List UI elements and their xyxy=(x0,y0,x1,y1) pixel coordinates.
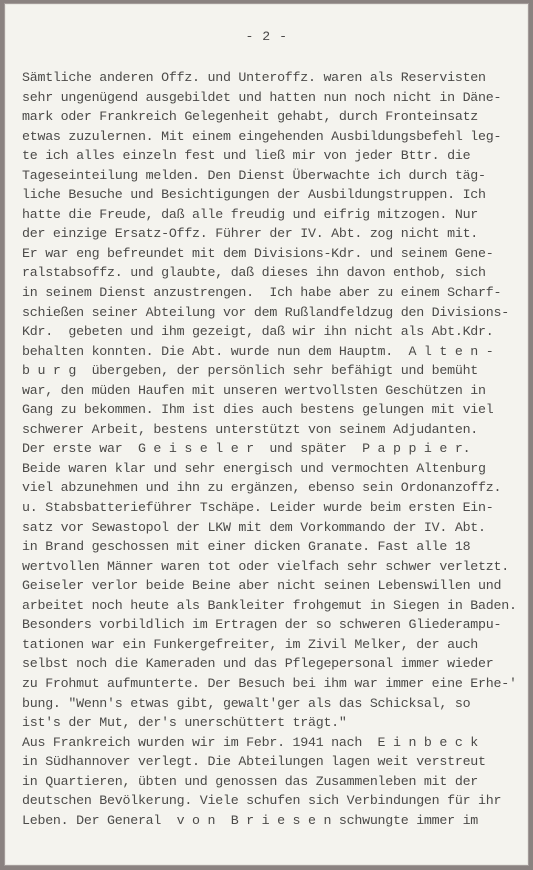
text-line: Besonders vorbildlich im Ertragen der so… xyxy=(22,615,527,635)
text-line: schwerer Arbeit, bestens unterstützt von… xyxy=(22,420,527,440)
text-line: te ich alles einzeln fest und ließ mir v… xyxy=(22,146,527,166)
text-line: Er war eng befreundet mit dem Divisions-… xyxy=(22,244,527,264)
text-line: sehr ungenügend ausgebildet und hatten n… xyxy=(22,88,527,108)
text-line: der einzige Ersatz-Offz. Führer der IV. … xyxy=(22,224,527,244)
text-line: ist's der Mut, der's unerschüttert trägt… xyxy=(22,713,527,733)
text-line: Gang zu bekommen. Ihm ist dies auch best… xyxy=(22,400,527,420)
text-line: in Südhannover verlegt. Die Abteilungen … xyxy=(22,752,527,772)
text-line: in seinem Dienst anzustrengen. Ich habe … xyxy=(22,283,527,303)
text-line: viel abzunehmen und ihn zu ergänzen, ebe… xyxy=(22,478,527,498)
text-line: Der erste war G e i s e l e r und später… xyxy=(22,439,527,459)
text-line: Beide waren klar und sehr energisch und … xyxy=(22,459,527,479)
text-line: in Quartieren, übten und genossen das Zu… xyxy=(22,772,527,792)
text-line: ralstabsoffz. und glaubte, daß dieses ih… xyxy=(22,263,527,283)
text-line: war, den müden Haufen mit unseren wertvo… xyxy=(22,381,527,401)
document-page: - 2 - Sämtliche anderen Offz. und Untero… xyxy=(4,3,529,866)
text-line: Kdr. gebeten und ihm gezeigt, daß wir ih… xyxy=(22,322,527,342)
text-line: behalten konnten. Die Abt. wurde nun dem… xyxy=(22,342,527,362)
text-line: selbst noch die Kameraden und das Pflege… xyxy=(22,654,527,674)
text-line: arbeitet noch heute als Bankleiter frohg… xyxy=(22,596,527,616)
text-line: zu Frohmut aufmunterte. Der Besuch bei i… xyxy=(22,674,527,694)
text-line: etwas zuzulernen. Mit einem eingehenden … xyxy=(22,127,527,147)
text-line: wertvollen Männer waren tot oder vielfac… xyxy=(22,557,527,577)
text-line: deutschen Bevölkerung. Viele schufen sic… xyxy=(22,791,527,811)
text-line: Geiseler verlor beide Beine aber nicht s… xyxy=(22,576,527,596)
text-line: in Brand geschossen mit einer dicken Gra… xyxy=(22,537,527,557)
text-line: tationen war ein Funkergefreiter, im Ziv… xyxy=(22,635,527,655)
text-line: Leben. Der General v o n B r i e s e n s… xyxy=(22,811,527,831)
text-line: satz vor Sewastopol der LKW mit dem Vork… xyxy=(22,518,527,538)
text-line: b u r g übergeben, der persönlich sehr b… xyxy=(22,361,527,381)
typewritten-body-text: Sämtliche anderen Offz. und Unteroffz. w… xyxy=(22,68,527,830)
text-line: schießen seiner Abteilung vor dem Rußlan… xyxy=(22,303,527,323)
text-line: Aus Frankreich wurden wir im Febr. 1941 … xyxy=(22,733,527,753)
text-line: hatte die Freude, daß alle freudig und e… xyxy=(22,205,527,225)
text-line: mark oder Frankreich Gelegenheit gehabt,… xyxy=(22,107,527,127)
page-number: - 2 - xyxy=(5,29,528,44)
text-line: Sämtliche anderen Offz. und Unteroffz. w… xyxy=(22,68,527,88)
text-line: liche Besuche und Besichtigungen der Aus… xyxy=(22,185,527,205)
text-line: Tageseinteilung melden. Den Dienst Überw… xyxy=(22,166,527,186)
text-line: u. Stabsbatterieführer Tschäpe. Leider w… xyxy=(22,498,527,518)
text-line: bung. "Wenn's etwas gibt, gewalt'ger als… xyxy=(22,694,527,714)
